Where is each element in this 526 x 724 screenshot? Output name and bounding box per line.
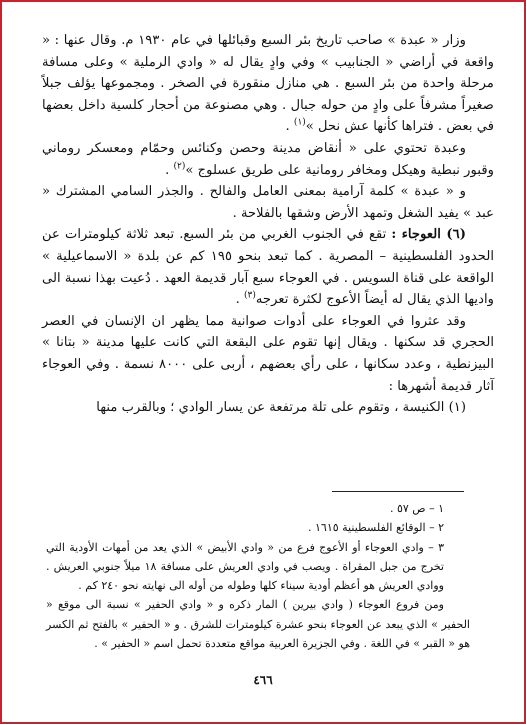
footnote-2: ٢ – الوقائع الفلسطينية ١٦١٥ .: [46, 518, 470, 537]
paragraph-end: .: [286, 119, 294, 134]
page-number: ٤٦٦: [2, 673, 524, 687]
paragraph-text: و « عبدة » كلمة آرامية بمعنى العامل والف…: [42, 184, 494, 221]
paragraph-text: وعبدة تحتوي على « أنقاض مدينة وحصن وكنائ…: [42, 141, 494, 178]
footnote-ref-3[interactable]: (٣): [244, 291, 256, 301]
paragraph-text: وزار « عبدة » صاحب تاريخ بئر السبع وقبائ…: [42, 33, 494, 134]
paragraph-text: (١) الكنيسة ، وتقوم على تلة مرتفعة عن يس…: [96, 400, 466, 415]
footnote-1: ١ – ص ٥٧ .: [46, 499, 470, 518]
footnote-3: ٣ – وادي العوجاء أو الأعوج فرع من « وادي…: [46, 538, 470, 596]
footnote-separator: [332, 491, 464, 492]
footnote-3-continued: ومن فروع العوجاء ( وادي بيرين ) المار ذك…: [46, 595, 470, 653]
paragraph-auja-finds: وقد عثروا في العوجاء على أدوات صوانية مم…: [42, 311, 494, 397]
paragraph-abda-etymology: و « عبدة » كلمة آرامية بمعنى العامل والف…: [42, 181, 494, 224]
paragraph-auja-church: (١) الكنيسة ، وتقوم على تلة مرتفعة عن يس…: [42, 397, 494, 419]
footnotes: ١ – ص ٥٧ . ٢ – الوقائع الفلسطينية ١٦١٥ .…: [46, 499, 470, 653]
footnote-ref-1[interactable]: (١): [294, 118, 306, 128]
paragraph-end: .: [165, 163, 173, 178]
footnote-ref-2[interactable]: (٢): [174, 161, 186, 171]
paragraph-auja: (٦) العوجاء : تقع في الجنوب الغربي من بئ…: [42, 224, 494, 310]
document-page: وزار « عبدة » صاحب تاريخ بئر السبع وقبائ…: [0, 0, 526, 724]
paragraph-text: وقد عثروا في العوجاء على أدوات صوانية مم…: [42, 314, 494, 394]
paragraph-abda-visit: وزار « عبدة » صاحب تاريخ بئر السبع وقبائ…: [42, 30, 494, 138]
paragraph-end: .: [236, 292, 244, 307]
paragraph-abda-ruins: وعبدة تحتوي على « أنقاض مدينة وحصن وكنائ…: [42, 138, 494, 181]
main-text: وزار « عبدة » صاحب تاريخ بئر السبع وقبائ…: [42, 30, 494, 419]
section-heading-auja: (٦) العوجاء :: [391, 227, 466, 242]
